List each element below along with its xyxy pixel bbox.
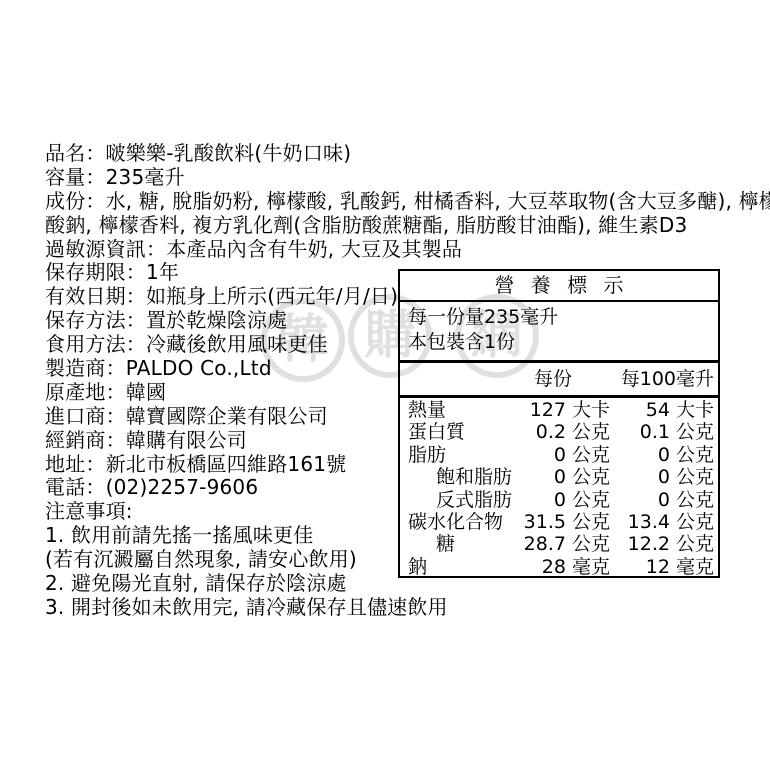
nutrition-column-headers: 每份 每100毫升 xyxy=(400,363,718,398)
nutrition-table-title: 營 養 標 示 xyxy=(400,271,718,302)
nutrient-value-per-100ml: 0 公克 xyxy=(610,444,714,466)
nutrition-row: 熱量 127 大卡 54 大卡 xyxy=(408,399,714,421)
info-line: 酸鈉, 檸檬香料, 複方乳化劑(含脂肪酸蔗糖酯, 脂肪酸甘油酯), 維生素D3 xyxy=(45,214,770,238)
nutrient-value-per-serving: 28 毫克 xyxy=(514,556,610,578)
nutrient-name: 鈉 xyxy=(408,556,514,578)
nutrient-value-per-100ml: 12 毫克 xyxy=(610,556,714,578)
column-header-per-serving: 每份 xyxy=(514,363,610,395)
nutrient-name: 反式脂肪 xyxy=(408,489,514,511)
info-line: 過敏源資訊：本產品內含有牛奶, 大豆及其製品 xyxy=(45,238,770,262)
nutrition-table: 營 養 標 示 每一份量235毫升本包裝含1份 每份 每100毫升 熱量 127… xyxy=(398,269,720,578)
product-label-page: 韓購網 品名：啵樂樂-乳酸飲料(牛奶口味)容量：235毫升成份：水, 糖, 脫脂… xyxy=(0,0,770,770)
nutrient-value-per-100ml: 0.1 公克 xyxy=(610,421,714,443)
serving-info-section: 每一份量235毫升本包裝含1份 xyxy=(400,302,718,363)
nutrition-row: 脂肪 0 公克 0 公克 xyxy=(408,444,714,466)
nutrition-row: 鈉 28 毫克 12 毫克 xyxy=(408,556,714,578)
nutrient-value-per-100ml: 13.4 公克 xyxy=(610,511,714,533)
serving-info-line: 每一份量235毫升 xyxy=(408,305,718,330)
nutrition-row: 飽和脂肪 0 公克 0 公克 xyxy=(408,466,714,488)
nutrient-value-per-serving: 0.2 公克 xyxy=(514,421,610,443)
nutrient-value-per-serving: 28.7 公克 xyxy=(514,533,610,555)
nutrient-value-per-serving: 0 公克 xyxy=(514,444,610,466)
nutrient-name: 脂肪 xyxy=(408,444,514,466)
info-line: 3. 開封後如未飲用完, 請冷藏保存且儘速飲用 xyxy=(45,596,770,620)
info-line: 成份：水, 糖, 脫脂奶粉, 檸檬酸, 乳酸鈣, 柑橘香料, 大豆萃取物(含大豆… xyxy=(45,190,770,214)
nutrient-value-per-100ml: 54 大卡 xyxy=(610,399,714,421)
nutrient-name: 熱量 xyxy=(408,399,514,421)
nutrition-row: 蛋白質 0.2 公克 0.1 公克 xyxy=(408,421,714,443)
nutrient-name: 碳水化合物 xyxy=(408,511,514,533)
column-header-per-100ml: 每100毫升 xyxy=(610,363,714,395)
nutrient-value-per-serving: 31.5 公克 xyxy=(514,511,610,533)
nutrition-row: 碳水化合物 31.5 公克 13.4 公克 xyxy=(408,511,714,533)
nutrient-value-per-100ml: 12.2 公克 xyxy=(610,533,714,555)
nutrient-name: 糖 xyxy=(408,533,514,555)
nutrition-row: 糖 28.7 公克 12.2 公克 xyxy=(408,533,714,555)
nutrient-value-per-serving: 0 公克 xyxy=(514,466,610,488)
nutrition-row: 反式脂肪 0 公克 0 公克 xyxy=(408,489,714,511)
nutrient-value-per-100ml: 0 公克 xyxy=(610,466,714,488)
nutrient-value-per-100ml: 0 公克 xyxy=(610,489,714,511)
serving-info-line: 本包裝含1份 xyxy=(408,330,718,355)
nutrient-name: 蛋白質 xyxy=(408,421,514,443)
nutrient-value-per-serving: 127 大卡 xyxy=(514,399,610,421)
info-line: 品名：啵樂樂-乳酸飲料(牛奶口味) xyxy=(45,142,770,166)
nutrition-rows: 熱量 127 大卡 54 大卡 蛋白質 0.2 公克 0.1 公克 脂肪 0 公… xyxy=(400,398,718,578)
nutrient-value-per-serving: 0 公克 xyxy=(514,489,610,511)
info-line: 容量：235毫升 xyxy=(45,166,770,190)
nutrient-name: 飽和脂肪 xyxy=(408,466,514,488)
